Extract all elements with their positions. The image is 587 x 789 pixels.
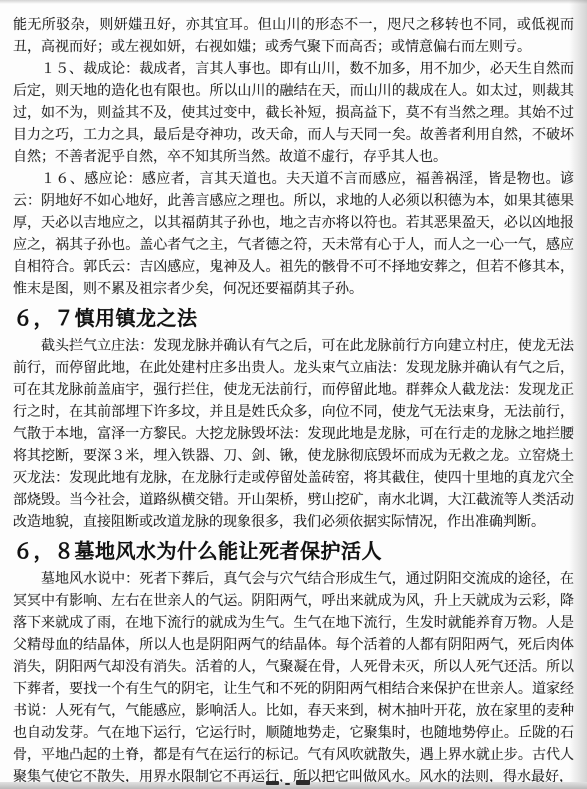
- clipped-glyph-fragment: [266, 781, 279, 785]
- section-heading-6-7: ６，７慎用镇龙之法: [13, 305, 574, 331]
- body-paragraph-16-ganying: １６、感应论：感应者，言其天道也。夫天道不言而感应，福善祸淫，皆是物也。谚云：阴…: [13, 168, 574, 300]
- scan-edge-top: [0, 0, 587, 4]
- clipped-glyph-fragment: [296, 780, 310, 785]
- body-paragraph-15-caicheng: １５、裁成论：裁成者，言其人事也。即有山川，数不加多，用不加少，必天生自然而后定…: [13, 58, 574, 168]
- clipped-glyph-fragment: [285, 783, 290, 785]
- scanned-document-page: 能无所驳杂，则妍媸丑好，亦其宜耳。但山川的形态不一，咫尺之移转也不同，或低视而丑…: [0, 0, 587, 789]
- document-body: 能无所驳杂，则妍媸丑好，亦其宜耳。但山川的形态不一，咫尺之移转也不同，或低视而丑…: [0, 0, 587, 788]
- section-heading-6-8: ６，８墓地风水为什么能让死者保护活人: [13, 538, 574, 564]
- body-paragraph-continuation: 能无所驳杂，则妍媸丑好，亦其宜耳。但山川的形态不一，咫尺之移转也不同，或低视而丑…: [13, 14, 574, 58]
- body-paragraph-mudi-fengshui: 墓地风水说中：死者下葬后，真气会与穴气结合形成生气，通过阴阳交流成的途径，在冥冥…: [13, 568, 574, 788]
- clipped-page-number: [266, 779, 316, 785]
- scan-edge-right: [569, 0, 587, 789]
- body-paragraph-zhenlong-methods: 截头拦气立庄法：发现龙脉并确认有气之后，可在此龙脉前行方向建立村庄，使龙无法前行…: [13, 335, 574, 533]
